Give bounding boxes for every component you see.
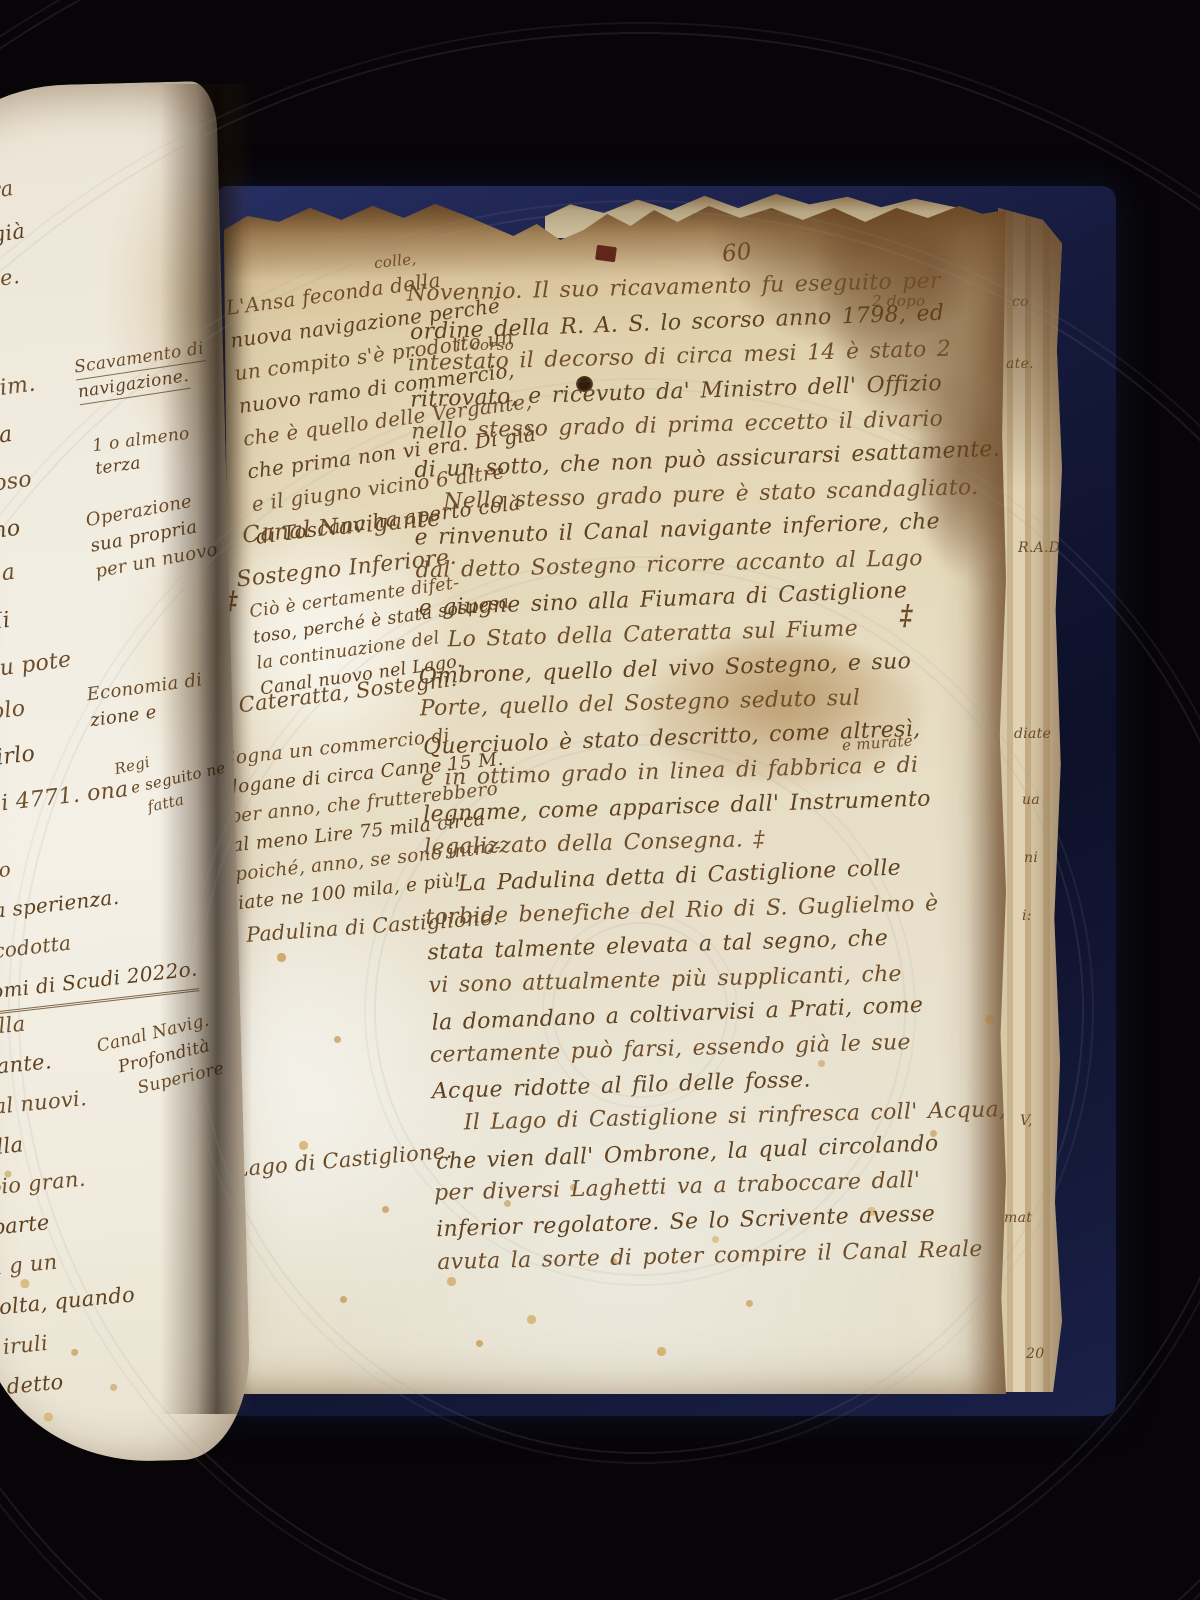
left-page-text-fragments: coraa giàate. xyxy=(0,165,35,303)
edge-text-fragment: mat xyxy=(1004,1210,1032,1226)
handwritten-fragment: ate. xyxy=(0,252,35,303)
right-page: 60 colle, L'Ansa feconda dellanuova navi… xyxy=(224,196,1006,1394)
edge-text-fragment: ate. xyxy=(1006,356,1034,372)
handwritten-fragment: a già xyxy=(0,209,28,260)
ink-blot-red xyxy=(595,245,617,263)
margin-heading-lago-di-castiglione: Lago di Castiglione. xyxy=(233,1139,453,1182)
page-number: 60 xyxy=(721,239,753,268)
edge-text-fragment: ua xyxy=(1022,792,1040,808)
edge-text-fragment: 20 xyxy=(1026,1346,1044,1362)
left-page-text-fragments: lajaMiau pote xyxy=(0,543,74,694)
edge-text-fragment: R.A.D. xyxy=(1018,540,1065,556)
edge-text-fragment: V, xyxy=(1020,1113,1033,1129)
main-text-block: Novennio. Il suo ricavamento fu eseguito… xyxy=(406,261,1037,1283)
edge-text-fragment: i: xyxy=(1022,908,1032,924)
handwritten-fragment: ca im. xyxy=(0,361,38,417)
underlying-page-edges: co ate. R.A.D. diate ua ni i: V, mat 20 xyxy=(998,208,1062,1392)
edge-text-fragment: co xyxy=(1012,294,1029,310)
edge-text-fragment: diate xyxy=(1014,726,1051,742)
left-page-text-fragments: ca im.ovadosoino xyxy=(0,361,57,556)
gutter-shadow xyxy=(160,84,252,1414)
edge-text-fragment: ni xyxy=(1024,850,1038,866)
manuscript-photo: co ate. R.A.D. diate ua ni i: V, mat 20 … xyxy=(0,0,1200,1600)
